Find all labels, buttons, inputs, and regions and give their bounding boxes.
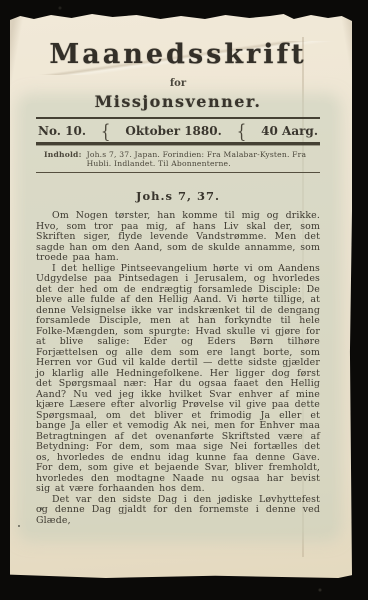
contents-items: Joh.s 7, 37. Japan. Forindien: Fra Malab… [87,150,315,168]
article-body: Om Nogen tørster, han komme til mig og d… [36,211,320,526]
issue-date: Oktober 1880. [125,124,221,138]
contents-line: Indhold: Joh.s 7, 37. Japan. Forindien: … [44,150,318,168]
rule-below-issue-row [36,142,320,145]
paper-speck [18,525,20,527]
rule-below-contents [36,172,320,173]
printed-area: Maanedsskrift for Missjonsvenner. No. 10… [34,39,322,526]
article-paragraph: Det var den sidste Dag i den jødiske Løv… [36,495,320,527]
brace-separator: { [237,120,247,143]
photo-background: Maanedsskrift for Missjonsvenner. No. 10… [0,0,368,600]
issue-volume: 40 Aarg. [261,124,318,138]
article-heading: Joh.s 7, 37. [36,189,320,203]
masthead-title: Maanedsskrift [36,39,320,70]
pamphlet-front-page: Maanedsskrift for Missjonsvenner. No. 10… [10,13,352,578]
masthead-subtitle: Missjonsvenner. [36,92,320,111]
article-paragraph: Om Nogen tørster, han komme til mig og d… [36,211,320,264]
article-paragraph: I det hellige Pintseevangelium hørte vi … [36,264,320,495]
contents-label: Indhold: [44,150,82,168]
masthead: Maanedsskrift for Missjonsvenner. [36,39,320,111]
brace-separator: { [101,120,111,143]
issue-number: No. 10. [38,124,86,138]
issue-info-row: No. 10. { Oktober 1880. { 40 Aarg. [36,119,320,142]
masthead-subtitle-prefix: for [36,78,320,89]
